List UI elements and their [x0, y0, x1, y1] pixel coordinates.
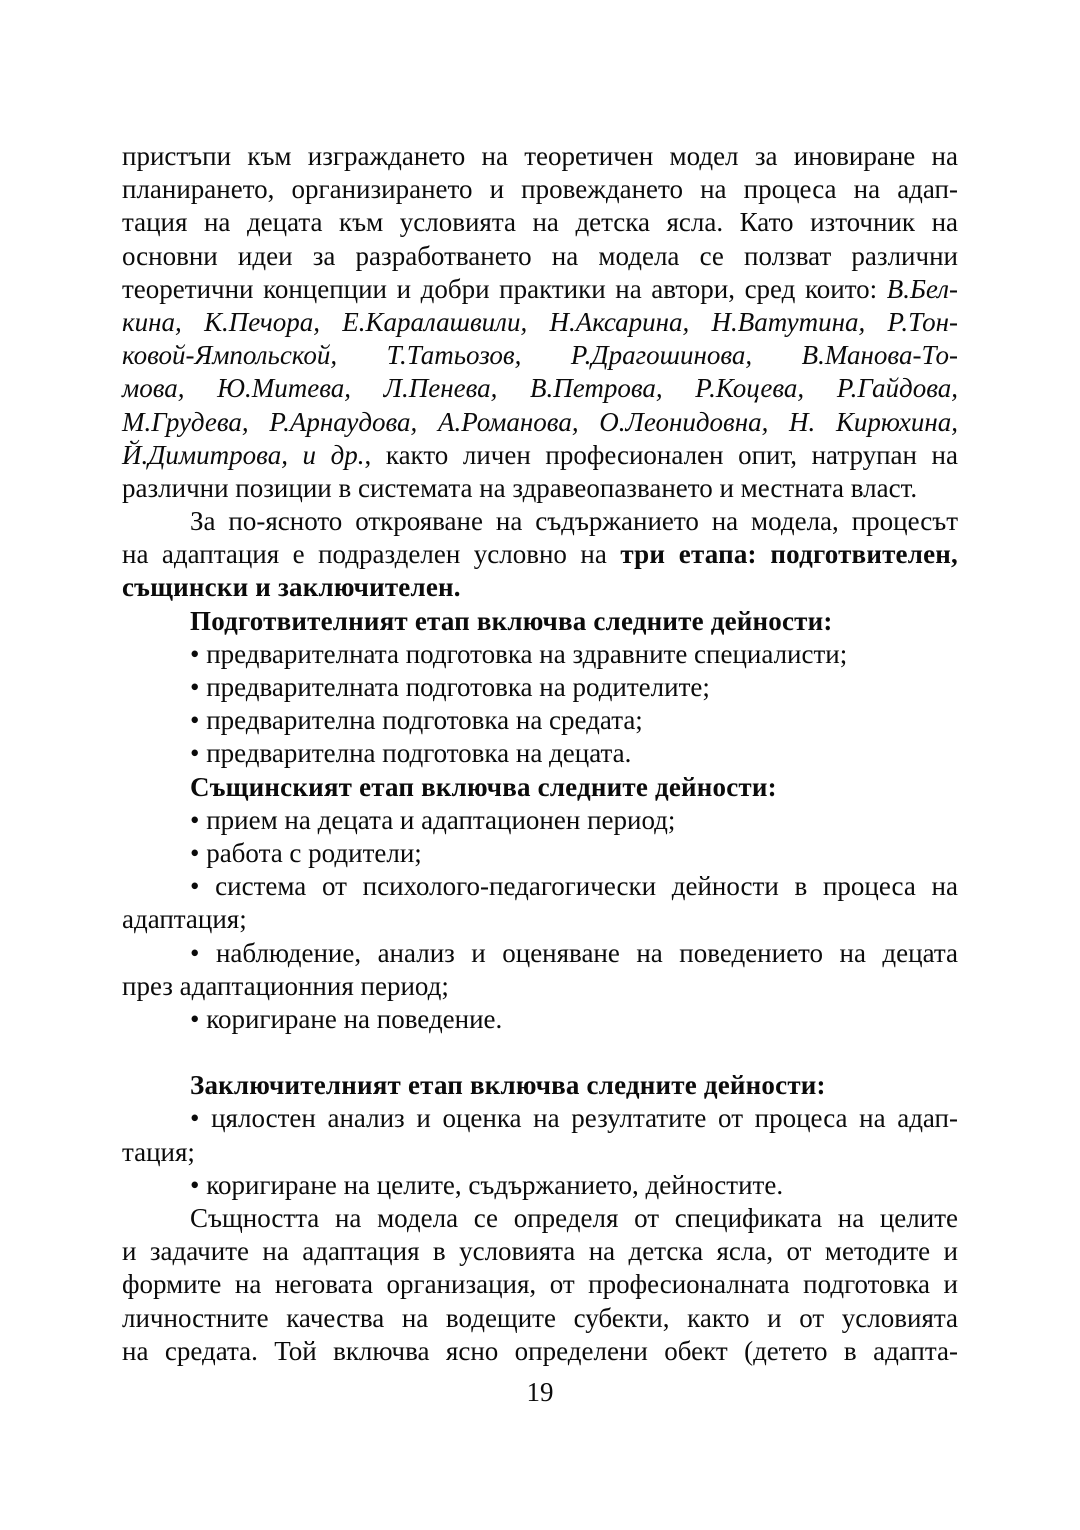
document-page: пристъпи към изграждането на теоретичен …	[0, 0, 1080, 1530]
text-segment: тация на децата към условията на детска …	[122, 207, 958, 237]
text-line: Същинският етап включва следните дейност…	[122, 771, 958, 804]
text-segment: Подготвителният етап включва следните де…	[190, 606, 833, 636]
text-segment: • предварителна подготовка на средата;	[190, 705, 643, 735]
text-line: • система от психолого-педагогически дей…	[122, 870, 958, 903]
text-segment: • коригиране на целите, съдържанието, де…	[190, 1170, 783, 1200]
text-line: • предварителната подготовка на родители…	[122, 671, 958, 704]
text-segment: ковой-Ямпольской, Т.Татьозов, Р.Драгошин…	[122, 340, 958, 370]
text-segment: планирането, организирането и провеждане…	[122, 174, 958, 204]
text-line: • цялостен анализ и оценка на резултатит…	[122, 1102, 958, 1135]
text-line: на средата. Той включва ясно определени …	[122, 1335, 958, 1368]
text-segment: • предварителната подготовка на родители…	[190, 672, 710, 702]
text-segment: адаптация;	[122, 904, 247, 934]
text-line: теоретични концепции и добри практики на…	[122, 273, 958, 306]
text-segment: личностните качества на водещите субекти…	[122, 1303, 958, 1333]
text-segment: В.Бел-	[877, 274, 958, 304]
text-line: • предварителна подготовка на средата;	[122, 704, 958, 737]
text-segment: кина, К.Печора, Е.Каралашвили, Н.Аксарин…	[122, 307, 958, 337]
text-segment: • предварителната подготовка на здравнит…	[190, 639, 847, 669]
text-segment: • цялостен анализ и оценка на резултатит…	[190, 1103, 958, 1133]
text-line: • наблюдение, анализ и оценяване на пове…	[122, 937, 958, 970]
text-segment: същински и заключителен.	[122, 572, 461, 602]
text-line: различни позиции в системата на здравеоп…	[122, 472, 958, 505]
text-segment: Същинският етап включва следните дейност…	[190, 772, 777, 802]
text-line: • предварителната подготовка на здравнит…	[122, 638, 958, 671]
text-segment: • предварителна подготовка на децата.	[190, 738, 631, 768]
text-line: личностните качества на водещите субекти…	[122, 1302, 958, 1335]
text-segment: различни позиции в системата на здравеоп…	[122, 473, 917, 503]
text-line: • предварителна подготовка на децата.	[122, 737, 958, 770]
text-line: през адаптационния период;	[122, 970, 958, 1003]
text-line: • коригиране на поведение.	[122, 1003, 958, 1036]
text-line: • коригиране на целите, съдържанието, де…	[122, 1169, 958, 1202]
text-line: М.Грудева, Р.Арнаудова, А.Романова, О.Ле…	[122, 406, 958, 439]
text-line: За по-ясното открояване на съдържанието …	[122, 505, 958, 538]
text-line: основни идеи за разработването на модела…	[122, 240, 958, 273]
text-segment: • наблюдение, анализ и оценяване на пове…	[190, 938, 958, 968]
text-segment: пристъпи към изграждането на теоретичен …	[122, 141, 958, 171]
text-line: Й.Димитрова, и др., както личен професио…	[122, 439, 958, 472]
text-segment: три етапа: подготвителен,	[620, 539, 958, 569]
text-segment: , както личен професионален опит, натруп…	[365, 440, 958, 470]
text-segment: • коригиране на поведение.	[190, 1004, 502, 1034]
text-segment: основни идеи за разработването на модела…	[122, 241, 958, 271]
text-segment: мова, Ю.Митева, Л.Пенева, В.Петрова, Р.К…	[122, 373, 958, 403]
text-line: кина, К.Печора, Е.Каралашвили, Н.Аксарин…	[122, 306, 958, 339]
text-segment: теоретични концепции и добри практики на…	[122, 274, 877, 304]
text-segment: За по-ясното открояване на съдържанието …	[190, 506, 958, 536]
text-line: тация;	[122, 1136, 958, 1169]
text-line: формите на неговата организация, от проф…	[122, 1268, 958, 1301]
text-segment: тация;	[122, 1137, 195, 1167]
blank-line	[122, 1036, 958, 1069]
text-line: ковой-Ямпольской, Т.Татьозов, Р.Драгошин…	[122, 339, 958, 372]
text-line: адаптация;	[122, 903, 958, 936]
text-line: планирането, организирането и провеждане…	[122, 173, 958, 206]
text-line: на адаптация е подразделен условно на тр…	[122, 538, 958, 571]
text-segment: • работа с родители;	[190, 838, 422, 868]
text-line: пристъпи към изграждането на теоретичен …	[122, 140, 958, 173]
text-line: Същността на модела се определя от специ…	[122, 1202, 958, 1235]
text-segment: формите на неговата организация, от проф…	[122, 1269, 958, 1299]
text-segment: Заключителният етап включва следните дей…	[190, 1070, 826, 1100]
text-segment: и задачите на адаптация в условията на д…	[122, 1236, 958, 1266]
text-segment: • система от психолого-педагогически дей…	[190, 871, 958, 901]
text-segment: Й.Димитрова, и др.	[122, 440, 365, 470]
text-segment: на средата. Той включва ясно определени …	[122, 1336, 958, 1366]
text-line: и задачите на адаптация в условията на д…	[122, 1235, 958, 1268]
page-text-block: пристъпи към изграждането на теоретичен …	[122, 140, 958, 1368]
page-number: 19	[122, 1376, 958, 1409]
text-line: • работа с родители;	[122, 837, 958, 870]
text-segment: Същността на модела се определя от специ…	[190, 1203, 958, 1233]
text-line: тация на децата към условията на детска …	[122, 206, 958, 239]
text-segment: на адаптация е подразделен условно на	[122, 539, 620, 569]
text-segment: М.Грудева, Р.Арнаудова, А.Романова, О.Ле…	[122, 407, 958, 437]
text-line: мова, Ю.Митева, Л.Пенева, В.Петрова, Р.К…	[122, 372, 958, 405]
text-line: • прием на децата и адаптационен период;	[122, 804, 958, 837]
text-segment: • прием на децата и адаптационен период;	[190, 805, 675, 835]
text-segment: през адаптационния период;	[122, 971, 449, 1001]
text-line: същински и заключителен.	[122, 571, 958, 604]
text-line: Подготвителният етап включва следните де…	[122, 605, 958, 638]
text-line: Заключителният етап включва следните дей…	[122, 1069, 958, 1102]
